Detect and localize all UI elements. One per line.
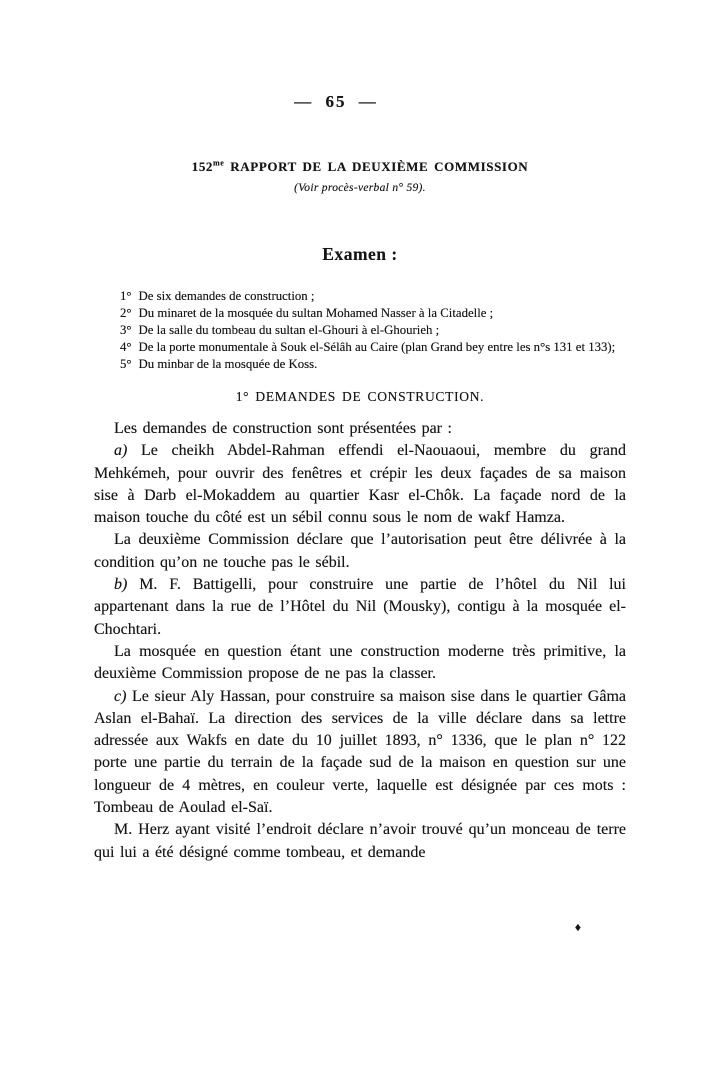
report-title-number: 152 [192,159,213,174]
paragraph-lead: a) [114,442,127,459]
section-number: 1° [236,389,250,404]
examen-list: 1°De six demandes de construction ; 2°Du… [94,288,626,373]
paragraph: Les demandes de construction sont présen… [94,418,626,440]
list-item-number: 3° [120,323,132,337]
list-item: 3°De la salle du tombeau du sultan el-Gh… [94,322,626,339]
list-item-text: De la salle du tombeau du sultan el-Ghou… [139,323,440,337]
paragraph: c) Le sieur Aly Hassan, pour construire … [94,686,626,820]
list-item: 1°De six demandes de construction ; [94,288,626,305]
list-item: 5°Du minbar de la mosquée de Koss. [94,356,626,373]
paragraph-text: M. Herz ayant visité l’endroit déclare n… [94,821,626,860]
paragraph: a) Le cheikh Abdel-Rahman effendi el-Nao… [94,440,626,529]
list-item-number: 5° [120,357,132,371]
paragraph-lead: b) [114,576,127,593]
signature-mark: ♦ [575,920,581,935]
paragraph: La mosquée en question étant une constru… [94,641,626,686]
paragraph-text: La mosquée en question étant une constru… [94,643,626,682]
paragraph: b) M. F. Battigelli, pour construire une… [94,574,626,641]
paragraph-text: M. F. Battigelli, pour construire une pa… [94,576,626,638]
paragraph-lead: c) [114,688,126,705]
examen-heading: Examen : [0,244,720,265]
list-item: 4°De la porte monumentale à Souk el-Sélâ… [94,339,626,356]
report-title: 152me RAPPORT DE LA DEUXIÈME COMMISSION [0,159,720,175]
report-title-text: RAPPORT DE LA DEUXIÈME COMMISSION [224,159,528,174]
list-item-text: De six demandes de construction ; [139,289,315,303]
list-item-text: De la porte monumentale à Souk el-Sélâh … [139,340,616,354]
page-number: — 65 — [0,92,696,112]
scanned-document-page: — 65 — 152me RAPPORT DE LA DEUXIÈME COMM… [0,0,720,1082]
section-heading: 1° DEMANDES DE CONSTRUCTION. [0,389,720,405]
list-item-number: 1° [120,289,132,303]
paragraph-text: Les demandes de construction sont présen… [114,420,452,437]
list-item: 2°Du minaret de la mosquée du sultan Moh… [94,305,626,322]
paragraph-text: Le cheikh Abdel-Rahman effendi el-Naouao… [94,442,626,526]
list-item-number: 2° [120,306,132,320]
paragraph: La deuxième Commission déclare que l’aut… [94,529,626,574]
document-body: Les demandes de construction sont présen… [94,418,626,864]
list-item-text: Du minbar de la mosquée de Koss. [139,357,318,371]
report-title-ordinal-suffix: me [213,159,224,168]
list-item-number: 4° [120,340,132,354]
paragraph-text: Le sieur Aly Hassan, pour construire sa … [94,688,626,816]
list-item-text: Du minaret de la mosquée du sultan Moham… [139,306,494,320]
report-subtitle: (Voir procès-verbal n° 59). [0,182,720,194]
paragraph-text: La deuxième Commission déclare que l’aut… [94,531,626,570]
paragraph: M. Herz ayant visité l’endroit déclare n… [94,819,626,864]
section-title: DEMANDES DE CONSTRUCTION. [255,389,484,404]
